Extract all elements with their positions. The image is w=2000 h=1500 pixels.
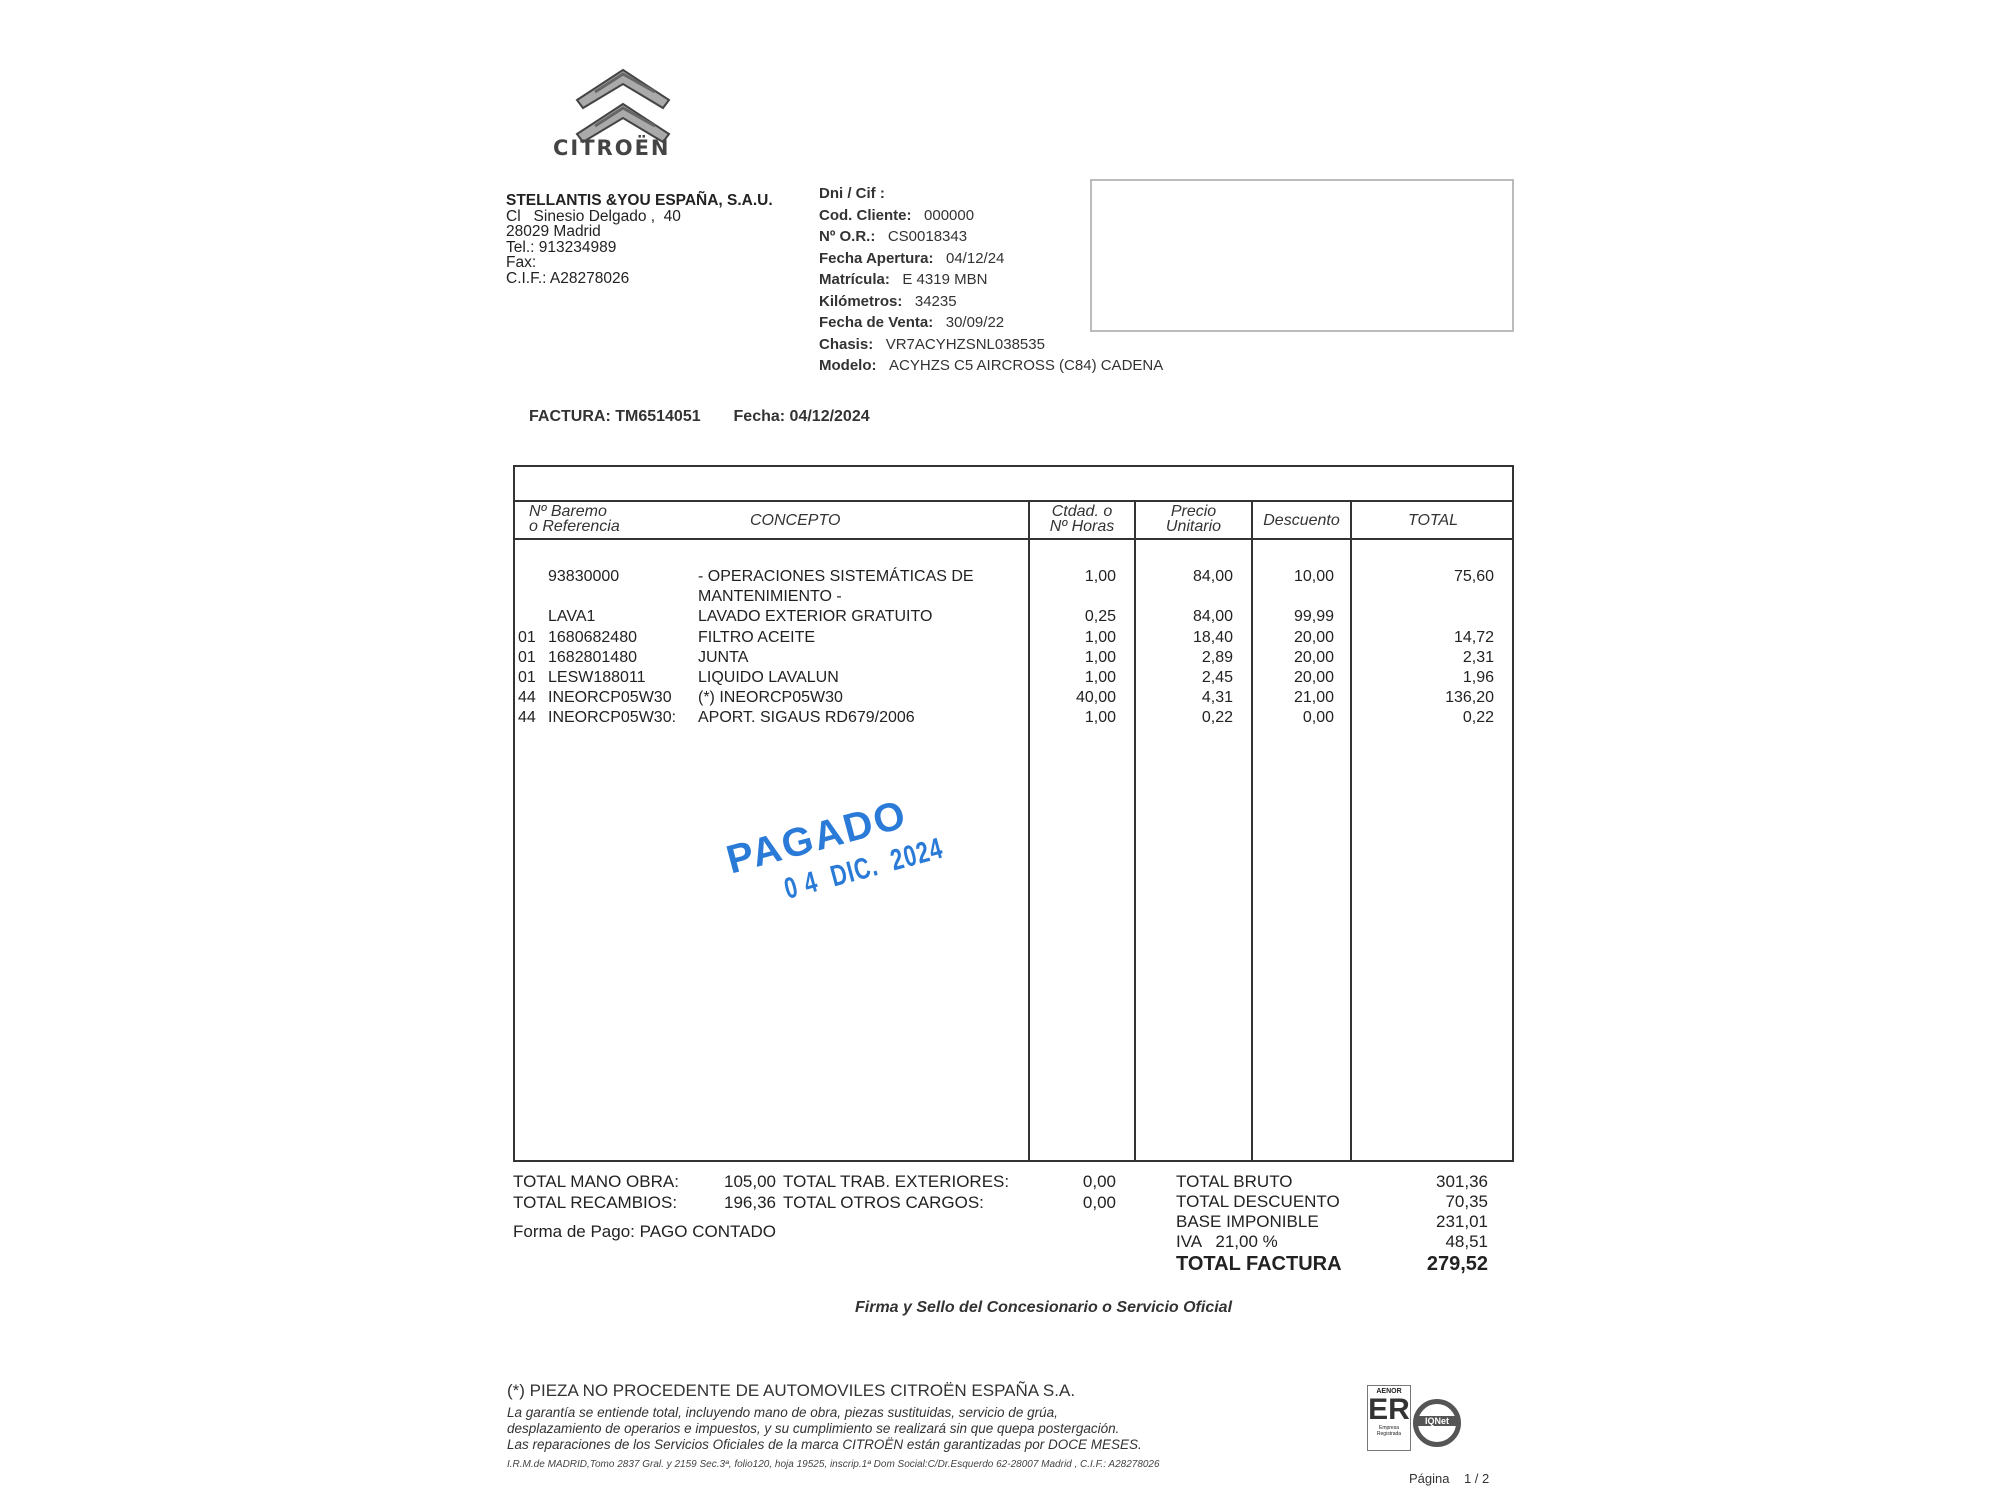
client-field-label: Chasis: xyxy=(819,336,873,353)
row-concepto: LAVADO EXTERIOR GRATUITO xyxy=(698,607,932,627)
client-field-label: Fecha Apertura: xyxy=(819,250,933,267)
row-qty: 1,00 xyxy=(1030,708,1116,728)
invoice-lines-table: Nº Baremoo Referencia CONCEPTO Ctdad. oN… xyxy=(513,465,1514,1162)
row-concepto: - OPERACIONES SISTEMÁTICAS DE xyxy=(698,567,974,587)
total-trab-ext: 0,00 xyxy=(1060,1172,1116,1192)
summary-value: 231,01 xyxy=(1380,1212,1488,1232)
client-field-value: 34235 xyxy=(915,293,957,310)
total-mano-obra: 105,00 xyxy=(700,1172,776,1192)
header-discount: Descuento xyxy=(1253,513,1350,528)
summary-label: TOTAL BRUTO xyxy=(1176,1172,1293,1192)
row-code: 44 xyxy=(518,688,536,708)
row-qty: 1,00 xyxy=(1030,668,1116,688)
signature-caption: Firma y Sello del Concesionario o Servic… xyxy=(855,1299,1232,1317)
header-total: TOTAL xyxy=(1352,513,1514,528)
factura-label: FACTURA: xyxy=(529,408,611,425)
row-qty: 40,00 xyxy=(1030,688,1116,708)
company-name: STELLANTIS &YOU ESPAÑA, S.A.U. xyxy=(506,193,773,209)
row-concepto: JUNTA xyxy=(698,648,748,668)
summary-value: 301,36 xyxy=(1380,1172,1488,1192)
registry-text: I.R.M.de MADRID,Tomo 2837 Gral. y 2159 S… xyxy=(507,1459,1160,1470)
brand-wordmark: CITROËN xyxy=(553,136,671,160)
client-field-value: VR7ACYHZSNL038535 xyxy=(886,336,1045,353)
company-fax: Fax: xyxy=(506,255,773,271)
pieza-note: (*) PIEZA NO PROCEDENTE DE AUTOMOVILES C… xyxy=(507,1381,1075,1401)
total-otros: 0,00 xyxy=(1060,1193,1116,1213)
row-concepto: MANTENIMIENTO - xyxy=(698,587,842,607)
row-discount: 0,00 xyxy=(1253,708,1334,728)
row-price: 2,45 xyxy=(1136,668,1233,688)
client-field-value: 30/09/22 xyxy=(946,314,1004,331)
row-discount: 99,99 xyxy=(1253,607,1334,627)
summary-label: TOTAL FACTURA xyxy=(1176,1254,1342,1274)
row-code: 01 xyxy=(518,668,536,688)
header-price: PrecioUnitario xyxy=(1136,504,1251,534)
row-qty: 1,00 xyxy=(1030,567,1116,587)
client-field-value: 04/12/24 xyxy=(946,250,1004,267)
row-concepto: APORT. SIGAUS RD679/2006 xyxy=(698,708,915,728)
total-trab-ext-label: TOTAL TRAB. EXTERIORES: xyxy=(783,1172,1009,1192)
client-field-label: Fecha de Venta: xyxy=(819,314,933,331)
company-tel: Tel.: 913234989 xyxy=(506,240,773,256)
invoice-header: FACTURA: TM6514051 Fecha: 04/12/2024 xyxy=(529,408,870,426)
client-field-value: CS0018343 xyxy=(888,228,967,245)
client-field-label: Dni / Cif : xyxy=(819,185,885,202)
summary-label: IVA 21,00 % xyxy=(1176,1232,1278,1252)
row-ref: 1680682480 xyxy=(548,628,637,648)
total-factura: 279,52 xyxy=(1380,1254,1488,1274)
client-field: Chasis: VR7ACYHZSNL038535 xyxy=(819,334,1163,356)
row-concepto: FILTRO ACEITE xyxy=(698,628,815,648)
client-field-label: Matrícula: xyxy=(819,271,890,288)
row-price: 4,31 xyxy=(1136,688,1233,708)
warranty-text: La garantía se entiende total, incluyend… xyxy=(507,1405,1142,1453)
row-price: 2,89 xyxy=(1136,648,1233,668)
customer-address-box xyxy=(1090,179,1514,332)
row-ref: INEORCP05W30: xyxy=(548,708,676,728)
row-total: 0,22 xyxy=(1352,708,1494,728)
row-price: 0,22 xyxy=(1136,708,1233,728)
aenor-er-logo-icon: AENOR ER Empresa Registrada xyxy=(1367,1385,1411,1451)
row-ref: INEORCP05W30 xyxy=(548,688,672,708)
client-field-label: Modelo: xyxy=(819,357,877,374)
summary-value: 70,35 xyxy=(1380,1192,1488,1212)
row-total: 14,72 xyxy=(1352,628,1494,648)
client-field-value: 000000 xyxy=(924,207,974,224)
row-concepto: LIQUIDO LAVALUN xyxy=(698,668,839,688)
row-ref: 93830000 xyxy=(548,567,619,587)
client-field: Modelo: ACYHZS C5 AIRCROSS (C84) CADENA xyxy=(819,355,1163,377)
row-qty: 0,25 xyxy=(1030,607,1116,627)
row-discount: 21,00 xyxy=(1253,688,1334,708)
client-field-label: Cod. Cliente: xyxy=(819,207,912,224)
factura-number: TM6514051 xyxy=(615,408,700,425)
client-field-label: Kilómetros: xyxy=(819,293,902,310)
row-code: 44 xyxy=(518,708,536,728)
client-field-label: Nº O.R.: xyxy=(819,228,875,245)
row-discount: 20,00 xyxy=(1253,628,1334,648)
row-code: 01 xyxy=(518,648,536,668)
forma-pago: Forma de Pago: PAGO CONTADO xyxy=(513,1222,776,1242)
row-discount: 20,00 xyxy=(1253,668,1334,688)
company-cif: C.I.F.: A28278026 xyxy=(506,271,773,287)
summary-label: BASE IMPONIBLE xyxy=(1176,1212,1319,1232)
client-field-value: E 4319 MBN xyxy=(902,271,987,288)
row-ref: 1682801480 xyxy=(548,648,637,668)
row-discount: 20,00 xyxy=(1253,648,1334,668)
header-ref: Nº Baremoo Referencia xyxy=(529,504,620,534)
client-field-value: ACYHZS C5 AIRCROSS (C84) CADENA xyxy=(889,357,1163,374)
page-number: Página 1 / 2 xyxy=(1409,1471,1489,1486)
header-qty: Ctdad. oNº Horas xyxy=(1030,504,1134,534)
total-mano-obra-label: TOTAL MANO OBRA: xyxy=(513,1172,679,1192)
row-qty: 1,00 xyxy=(1030,648,1116,668)
row-price: 18,40 xyxy=(1136,628,1233,648)
invoice-date: 04/12/2024 xyxy=(790,408,870,425)
row-total: 75,60 xyxy=(1352,567,1494,587)
total-otros-label: TOTAL OTROS CARGOS: xyxy=(783,1193,984,1213)
company-info: STELLANTIS &YOU ESPAÑA, S.A.U. Cl Sinesi… xyxy=(506,193,773,286)
iqnet-logo-icon: IQNet xyxy=(1413,1399,1461,1447)
total-recambios: 196,36 xyxy=(700,1193,776,1213)
row-ref: LESW188011 xyxy=(548,668,646,688)
total-recambios-label: TOTAL RECAMBIOS: xyxy=(513,1193,677,1213)
row-ref: LAVA1 xyxy=(548,607,595,627)
row-price: 84,00 xyxy=(1136,567,1233,587)
row-code: 01 xyxy=(518,628,536,648)
row-price: 84,00 xyxy=(1136,607,1233,627)
row-discount: 10,00 xyxy=(1253,567,1334,587)
row-concepto: (*) INEORCP05W30 xyxy=(698,688,843,708)
header-concepto: CONCEPTO xyxy=(750,513,840,528)
row-total: 136,20 xyxy=(1352,688,1494,708)
row-qty: 1,00 xyxy=(1030,628,1116,648)
summary-label: TOTAL DESCUENTO xyxy=(1176,1192,1340,1212)
company-address: Cl Sinesio Delgado , 40 xyxy=(506,209,773,225)
company-city: 28029 Madrid xyxy=(506,224,773,240)
row-total: 2,31 xyxy=(1352,648,1494,668)
row-total: 1,96 xyxy=(1352,668,1494,688)
summary-value: 48,51 xyxy=(1380,1232,1488,1252)
fecha-label: Fecha: xyxy=(734,408,786,425)
